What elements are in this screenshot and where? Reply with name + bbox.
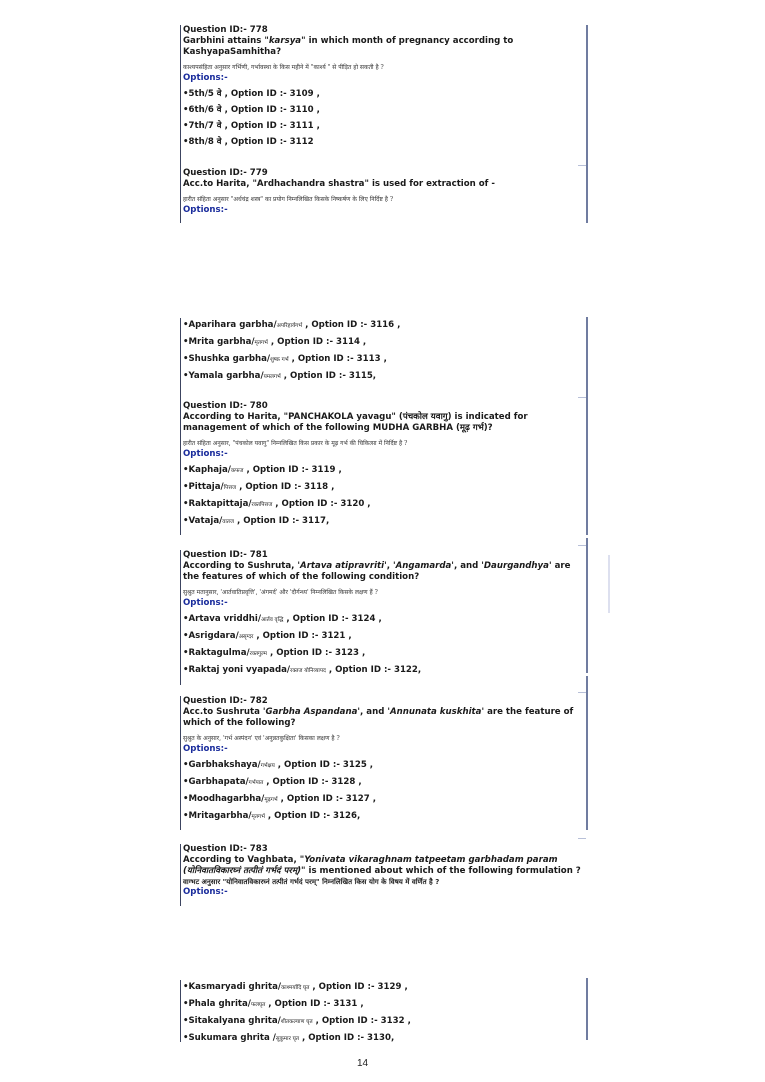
option-item: •Raktapittaja/रक्तपित्तज , Option ID :- … xyxy=(183,499,585,511)
options-label: Options:- xyxy=(183,73,585,84)
option-item: •Kaphaja/कफज , Option ID :- 3119 , xyxy=(183,465,585,477)
question-780: •Aparihara garbha/अपरिहार्यगर्भ , Option… xyxy=(180,318,585,535)
option-item: •Artava vriddhi/आर्तव वृद्धि , Option ID… xyxy=(183,614,585,626)
option-item: •Phala ghrita/फलघृत , Option ID :- 3131 … xyxy=(183,999,585,1011)
option-item: •Yamala garbha/यमलगर्भ , Option ID :- 31… xyxy=(183,371,585,383)
option-item: •Moodhagarbha/मूढ़गर्भ , Option ID :- 31… xyxy=(183,794,585,806)
question-783-options: •Kasmaryadi ghrita/काश्मर्यादि घृत , Opt… xyxy=(180,980,585,1042)
question-hindi: काश्यपसंहिता अनुसार गर्भिणी, गर्भावस्था … xyxy=(183,63,585,73)
option-item: •Sukumara ghrita /सुकुमार घृत , Option I… xyxy=(183,1033,585,1045)
question-text: According to Sushruta, 'Artava atipravri… xyxy=(183,561,585,583)
question-id: Question ID:- 783 xyxy=(183,844,585,855)
question-id: Question ID:- 780 xyxy=(183,401,585,412)
scan-artifact xyxy=(608,555,610,613)
option-item: •Vataja/वातज , Option ID :- 3117, xyxy=(183,516,585,528)
option-item: •7th/7 वे , Option ID :- 3111 , xyxy=(183,121,585,132)
question-id: Question ID:- 781 xyxy=(183,550,585,561)
page-number: 14 xyxy=(0,1058,725,1069)
option-item: •Mrita garbha/मृतगर्भ , Option ID :- 311… xyxy=(183,337,585,349)
question-hindi: हारीत संहिता अनुसार "अर्धचंद्र शस्त्र" क… xyxy=(183,195,585,205)
divider-tick xyxy=(578,692,586,693)
question-hindi: वाग्भट अनुसार "योनिवातविकारघ्नं तत्पीतं … xyxy=(183,877,585,887)
option-item: •Shushka garbha/शुष्क गर्भ , Option ID :… xyxy=(183,354,585,366)
question-text: Acc.to Sushruta 'Garbha Aspandana', and … xyxy=(183,707,585,729)
question-id: Question ID:- 782 xyxy=(183,696,585,707)
question-hindi: सुश्रुत के अनुसार, 'गर्भ अस्पंदन' एवं 'अ… xyxy=(183,734,585,744)
options-label: Options:- xyxy=(183,205,585,216)
options-label: Options:- xyxy=(183,449,585,460)
option-item: •Sitakalyana ghrita/शीतकल्याण घृत , Opti… xyxy=(183,1016,585,1028)
right-border xyxy=(586,317,588,535)
question-783: Question ID:- 783 According to Vaghbata,… xyxy=(180,844,585,906)
question-text: According to Harita, "PANCHAKOLA yavagu"… xyxy=(183,412,585,434)
option-item: •Kasmaryadi ghrita/काश्मर्यादि घृत , Opt… xyxy=(183,982,585,994)
question-text: Garbhini attains "karsya" in which month… xyxy=(183,36,585,58)
question-text: According to Vaghbata, "Yonivata vikarag… xyxy=(183,855,585,877)
question-782: Question ID:- 782 Acc.to Sushruta 'Garbh… xyxy=(180,696,585,830)
options-label: Options:- xyxy=(183,598,585,609)
option-item: •Raktaj yoni vyapada/रक्तज योनिव्यापद , … xyxy=(183,665,585,677)
question-778: Question ID:- 778 Garbhini attains "kars… xyxy=(180,25,585,223)
question-text: Acc.to Harita, "Ardhachandra shastra" is… xyxy=(183,179,585,190)
right-border xyxy=(586,676,588,830)
option-item: •Aparihara garbha/अपरिहार्यगर्भ , Option… xyxy=(183,320,585,332)
option-item: •8th/8 वे , Option ID :- 3112 xyxy=(183,137,585,148)
question-id: Question ID:- 779 xyxy=(183,168,585,179)
option-item: •6th/6 वे , Option ID :- 3110 , xyxy=(183,105,585,116)
divider-tick xyxy=(578,545,586,546)
divider-tick xyxy=(578,838,586,839)
right-border xyxy=(586,978,588,1040)
option-item: •Garbhapata/गर्भपात , Option ID :- 3128 … xyxy=(183,777,585,789)
options-label: Options:- xyxy=(183,887,585,898)
option-item: •Pittaja/पित्तज , Option ID :- 3118 , xyxy=(183,482,585,494)
question-id: Question ID:- 778 xyxy=(183,25,585,36)
option-item: •5th/5 वे , Option ID :- 3109 , xyxy=(183,89,585,100)
question-hindi: सुश्रुत मतानुसार, 'आर्तवातिप्रवृत्ति', '… xyxy=(183,588,585,598)
option-item: •Asrigdara/असृग्दर , Option ID :- 3121 , xyxy=(183,631,585,643)
right-border xyxy=(586,25,588,223)
question-hindi: हारीत संहिता अनुसार, "पंचकोल यवागु" निम्… xyxy=(183,439,585,449)
options-label: Options:- xyxy=(183,744,585,755)
option-item: •Mritagarbha/मृतगर्भ , Option ID :- 3126… xyxy=(183,811,585,823)
right-border xyxy=(586,538,588,673)
option-item: •Garbhakshaya/गर्भक्षय , Option ID :- 31… xyxy=(183,760,585,772)
option-item: •Raktagulma/रक्तगुल्म , Option ID :- 312… xyxy=(183,648,585,660)
question-781: Question ID:- 781 According to Sushruta,… xyxy=(180,550,585,685)
